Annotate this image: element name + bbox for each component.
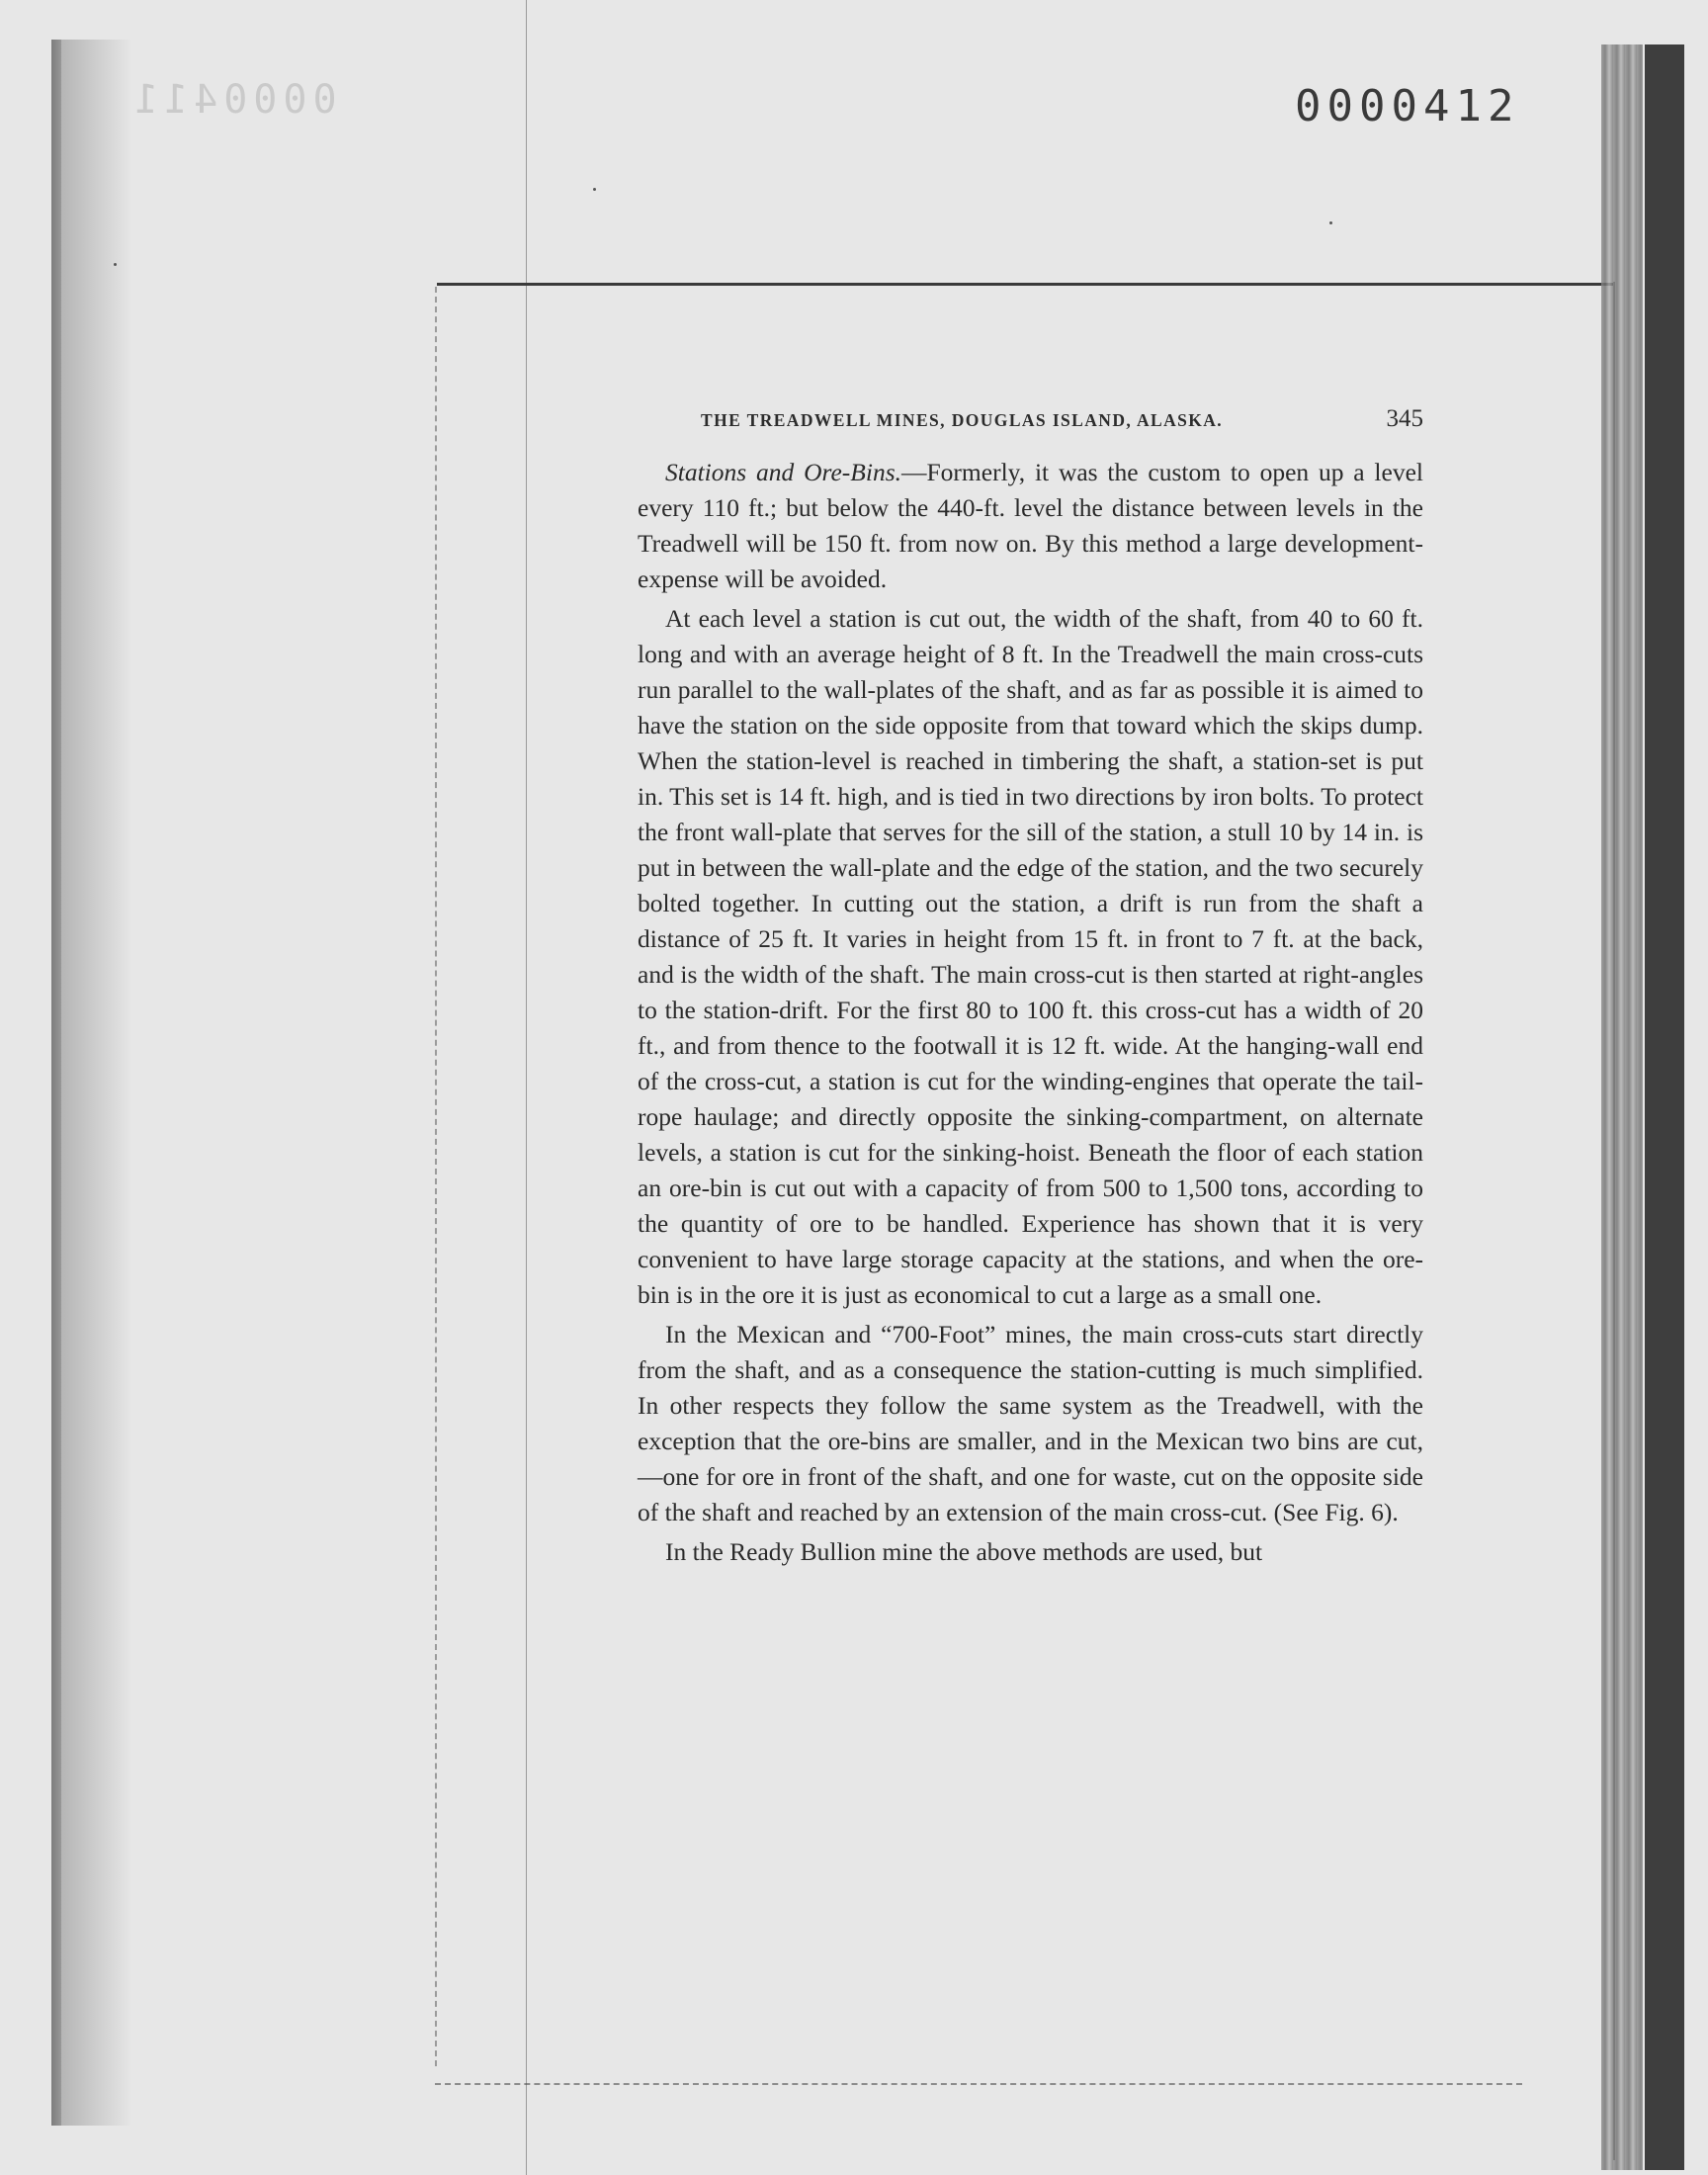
paragraph-3: In the Mexican and “700-Foot” mines, the…: [638, 1317, 1423, 1530]
scan-speck: [114, 263, 117, 266]
page-bottom-edge: [435, 2083, 1522, 2087]
paragraph-1: Stations and Ore-Bins.—Formerly, it was …: [638, 455, 1423, 597]
left-binding-shadow: [61, 40, 130, 2126]
section-heading: Stations and Ore-Bins.: [665, 458, 901, 486]
page-top-edge: [437, 283, 1613, 286]
right-binding-shadow: [1645, 44, 1684, 2170]
scan-speck: [1329, 221, 1332, 224]
running-head-title: THE TREADWELL MINES, DOUGLAS ISLAND, ALA…: [701, 410, 1223, 431]
left-binding-edge: [51, 40, 61, 2126]
document-stamp-number: 0000412: [1295, 81, 1519, 131]
paragraph-4: In the Ready Bullion mine the above meth…: [638, 1534, 1423, 1570]
right-binding-pages: [1601, 44, 1643, 2170]
body-text: Stations and Ore-Bins.—Formerly, it was …: [638, 455, 1423, 1570]
book-page: THE TREADWELL MINES, DOUGLAS ISLAND, ALA…: [638, 405, 1423, 1570]
bleed-through-stamp-number: 0000411: [128, 77, 337, 123]
page-number: 345: [1387, 405, 1424, 433]
page-left-edge: [435, 287, 438, 2066]
vertical-fold-line: [526, 0, 527, 2175]
paragraph-2: At each level a station is cut out, the …: [638, 601, 1423, 1313]
running-head: THE TREADWELL MINES, DOUGLAS ISLAND, ALA…: [638, 405, 1423, 433]
scan-speck: [593, 188, 596, 191]
